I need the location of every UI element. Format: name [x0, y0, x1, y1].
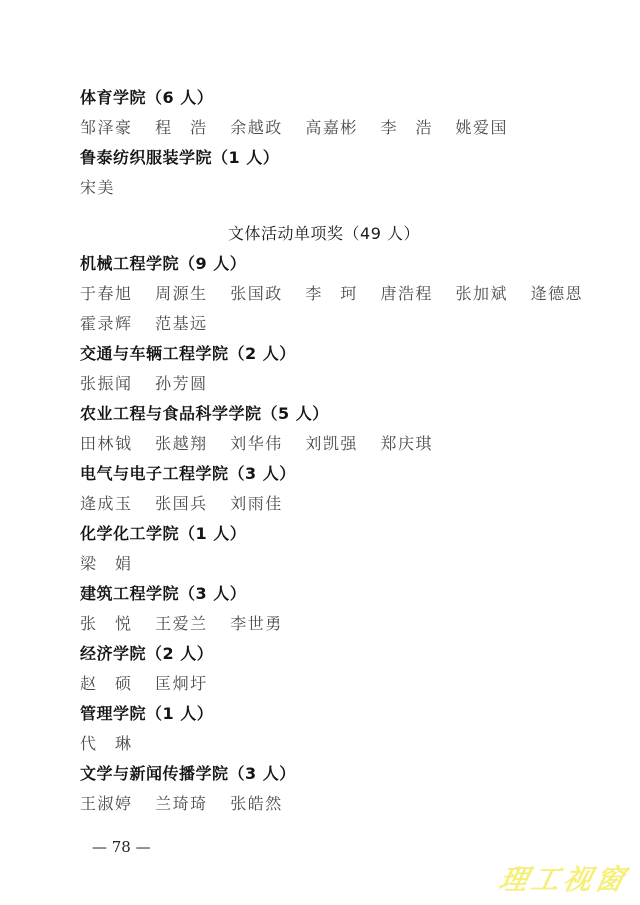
college-heading-management: 管理学院（1 人）	[80, 704, 213, 724]
person-name: 邹泽豪	[80, 118, 133, 138]
names-line-lutai-textile: 宋美	[80, 178, 131, 198]
person-name: 兰琦琦	[155, 794, 208, 814]
names-line-electrical: 逄成玉 张国兵 刘雨佳	[80, 494, 299, 514]
college-heading-electrical: 电气与电子工程学院（3 人）	[80, 464, 296, 484]
college-heading-agri-food: 农业工程与食品科学学院（5 人）	[80, 404, 329, 424]
college-heading-sports: 体育学院（6 人）	[80, 88, 213, 108]
names-line-chemical: 梁 娟	[80, 554, 149, 574]
names-line-architecture: 张 悦 王爱兰 李世勇	[80, 614, 299, 634]
college-heading-chemical: 化学化工学院（1 人）	[80, 524, 246, 544]
person-name: 刘凯强	[305, 434, 358, 454]
person-name: 张国政	[230, 284, 283, 304]
person-name: 刘雨佳	[230, 494, 283, 514]
person-name: 范基远	[155, 314, 208, 334]
college-heading-lutai-textile: 鲁泰纺织服装学院（1 人）	[80, 148, 279, 168]
person-name: 李 浩	[380, 118, 433, 138]
college-heading-mechanical: 机械工程学院（9 人）	[80, 254, 246, 274]
person-name: 张越翔	[155, 434, 208, 454]
college-heading-architecture: 建筑工程学院（3 人）	[80, 584, 246, 604]
person-name: 周源生	[155, 284, 208, 304]
person-name: 刘华伟	[230, 434, 283, 454]
person-name: 程 浩	[155, 118, 208, 138]
person-name: 孙芳圆	[155, 374, 208, 394]
college-heading-transportation: 交通与车辆工程学院（2 人）	[80, 344, 296, 364]
person-name: 霍录辉	[80, 314, 133, 334]
person-name: 郑庆琪	[380, 434, 433, 454]
person-name: 高嘉彬	[305, 118, 358, 138]
names-line-mechanical-1: 于春旭 周源生 张国政 李 珂 唐浩程 张加斌 逄德恩	[80, 284, 599, 304]
person-name: 田林钺	[80, 434, 133, 454]
person-name: 逄德恩	[531, 284, 584, 304]
college-heading-literature-journalism: 文学与新闻传播学院（3 人）	[80, 764, 296, 784]
person-name: 王爱兰	[155, 614, 208, 634]
names-line-management: 代 琳	[80, 734, 149, 754]
section-title: 文体活动单项奖（49 人）	[0, 224, 640, 244]
person-name: 张振闻	[80, 374, 133, 394]
person-name: 宋美	[80, 178, 115, 198]
names-line-agri-food: 田林钺 张越翔 刘华伟 刘凯强 郑庆琪	[80, 434, 449, 454]
person-name: 姚爱国	[456, 118, 509, 138]
person-name: 张加斌	[456, 284, 509, 304]
person-name: 张 悦	[80, 614, 133, 634]
names-line-transportation: 张振闻 孙芳圆	[80, 374, 224, 394]
person-name: 逄成玉	[80, 494, 133, 514]
person-name: 余越政	[230, 118, 283, 138]
person-name: 李世勇	[230, 614, 283, 634]
person-name: 赵 硕	[80, 674, 133, 694]
document-page: 体育学院（6 人） 邹泽豪 程 浩 余越政 高嘉彬 李 浩 姚爱国 鲁泰纺织服装…	[0, 0, 640, 905]
person-name: 于春旭	[80, 284, 133, 304]
person-name: 张皓然	[230, 794, 283, 814]
watermark-logo: 理工视窗	[496, 858, 633, 898]
names-line-mechanical-2: 霍录辉 范基远	[80, 314, 224, 334]
names-line-sports: 邹泽豪 程 浩 余越政 高嘉彬 李 浩 姚爱国	[80, 118, 524, 138]
college-heading-economics: 经济学院（2 人）	[80, 644, 213, 664]
person-name: 王淑婷	[80, 794, 133, 814]
person-name: 代 琳	[80, 734, 133, 754]
person-name: 梁 娟	[80, 554, 133, 574]
person-name: 张国兵	[155, 494, 208, 514]
page-number: — 78 —	[92, 838, 151, 856]
names-line-literature-journalism: 王淑婷 兰琦琦 张皓然	[80, 794, 299, 814]
names-line-economics: 赵 硕 匡炯圩	[80, 674, 224, 694]
person-name: 唐浩程	[380, 284, 433, 304]
person-name: 李 珂	[305, 284, 358, 304]
person-name: 匡炯圩	[155, 674, 208, 694]
